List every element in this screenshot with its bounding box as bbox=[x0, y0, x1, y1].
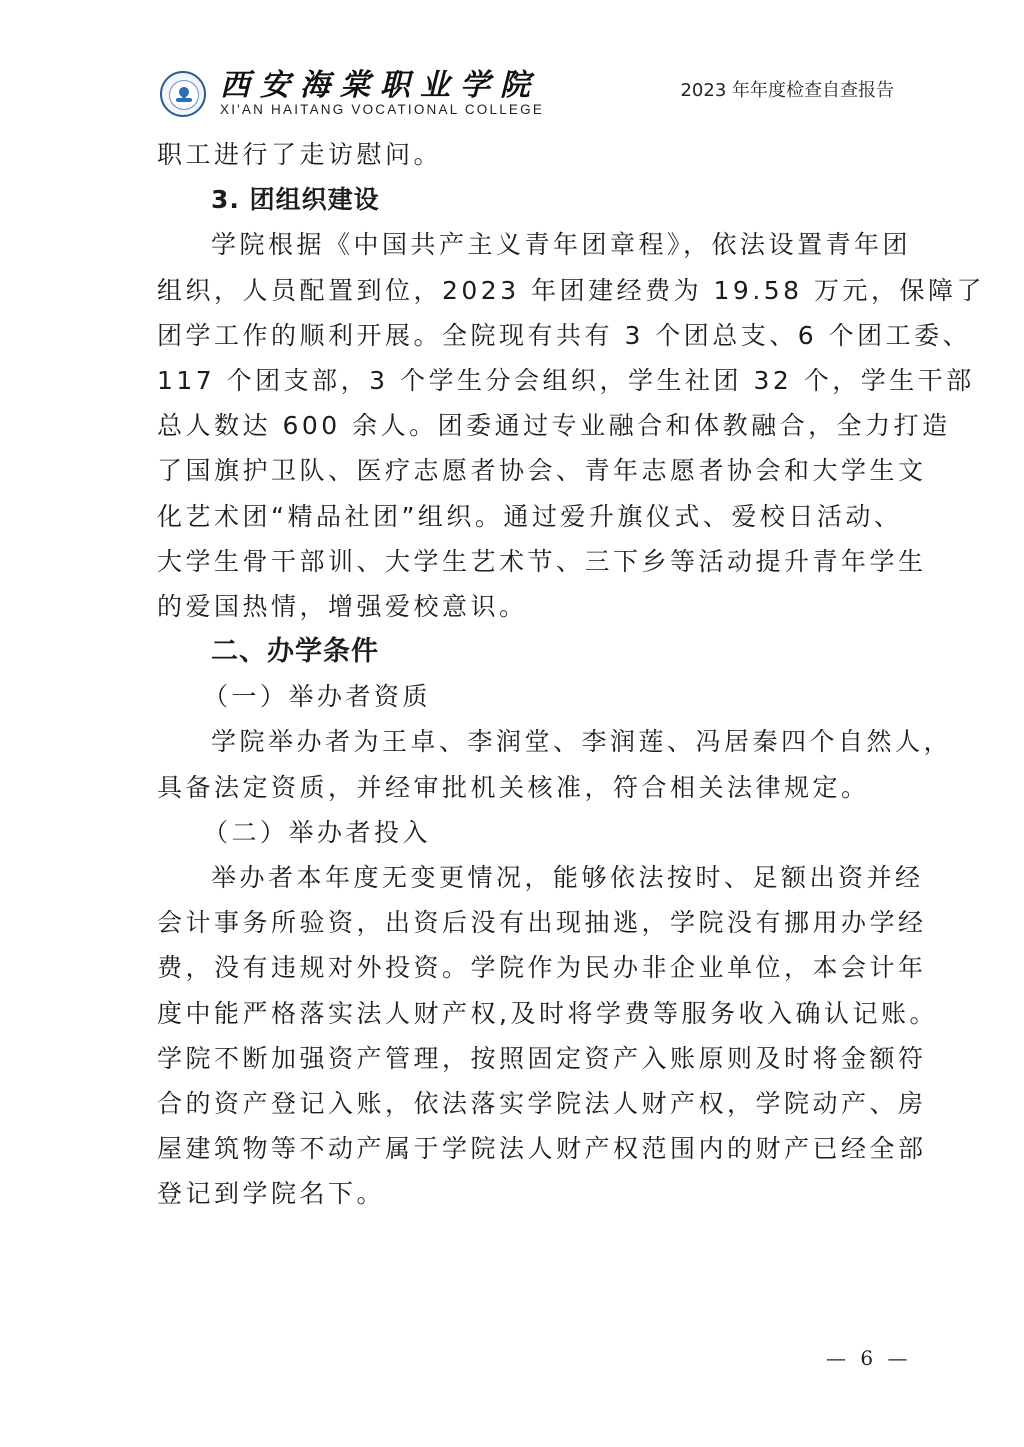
paragraph-line: 举办者本年度无变更情况，能够依法按时、足额出资并经 bbox=[157, 855, 902, 900]
paragraph-line: 大学生骨干部训、大学生艺术节、三下乡等活动提升青年学生 bbox=[157, 539, 902, 584]
paragraph-line: 学院不断加强资产管理，按照固定资产入账原则及时将金额符 bbox=[157, 1036, 902, 1081]
document-body: 职工进行了走访慰问。 3. 团组织建设 学院根据《中国共产主义青年团章程》，依法… bbox=[157, 132, 902, 1217]
paragraph-line: 费，没有违规对外投资。学院作为民办非企业单位，本会计年 bbox=[157, 945, 902, 990]
paragraph-line: 职工进行了走访慰问。 bbox=[157, 132, 902, 177]
paragraph-line: 具备法定资质，并经审批机关核准，符合相关法律规定。 bbox=[157, 765, 902, 810]
page-number: — 6 — bbox=[826, 1346, 911, 1370]
logo-chinese-name: 西安海棠职业学院 bbox=[220, 70, 544, 102]
subsection-heading-2: （二）举办者投入 bbox=[157, 810, 902, 855]
paragraph-line: 了国旗护卫队、医疗志愿者协会、青年志愿者协会和大学生文 bbox=[157, 448, 902, 493]
document-title: 2023 年年度检查自查报告 bbox=[680, 76, 894, 102]
paragraph-line: 的爱国热情，增强爱校意识。 bbox=[157, 584, 902, 629]
page-header: 西安海棠职业学院 XI'AN HAITANG VOCATIONAL COLLEG… bbox=[160, 70, 900, 126]
paragraph-line: 学院根据《中国共产主义青年团章程》，依法设置青年团 bbox=[157, 222, 902, 267]
college-emblem-icon bbox=[160, 71, 206, 117]
paragraph-line: 屋建筑物等不动产属于学院法人财产权范围内的财产已经全部 bbox=[157, 1126, 902, 1171]
paragraph-line: 登记到学院名下。 bbox=[157, 1171, 902, 1216]
college-logo: 西安海棠职业学院 XI'AN HAITANG VOCATIONAL COLLEG… bbox=[160, 70, 544, 118]
paragraph-line: 117 个团支部，3 个学生分会组织，学生社团 32 个，学生干部 bbox=[157, 358, 902, 403]
paragraph-line: 合的资产登记入账，依法落实学院法人财产权，学院动产、房 bbox=[157, 1081, 902, 1126]
section-heading-2: 二、办学条件 bbox=[157, 629, 902, 674]
paragraph-line: 组织，人员配置到位，2023 年团建经费为 19.58 万元，保障了 bbox=[157, 268, 902, 313]
paragraph-line: 团学工作的顺利开展。全院现有共有 3 个团总支、6 个团工委、 bbox=[157, 313, 902, 358]
paragraph-line: 会计事务所验资，出资后没有出现抽逃，学院没有挪用办学经 bbox=[157, 900, 902, 945]
subsection-heading-1: （一）举办者资质 bbox=[157, 674, 902, 719]
paragraph-line: 学院举办者为王卓、李润堂、李润莲、冯居秦四个自然人， bbox=[157, 719, 902, 764]
paragraph-line: 度中能严格落实法人财产权,及时将学费等服务收入确认记账。 bbox=[157, 991, 902, 1036]
section-heading-3: 3. 团组织建设 bbox=[157, 177, 902, 222]
paragraph-line: 化艺术团“精品社团”组织。通过爱升旗仪式、爱校日活动、 bbox=[157, 494, 902, 539]
paragraph-line: 总人数达 600 余人。团委通过专业融合和体教融合，全力打造 bbox=[157, 403, 902, 448]
logo-english-name: XI'AN HAITANG VOCATIONAL COLLEGE bbox=[220, 102, 544, 118]
